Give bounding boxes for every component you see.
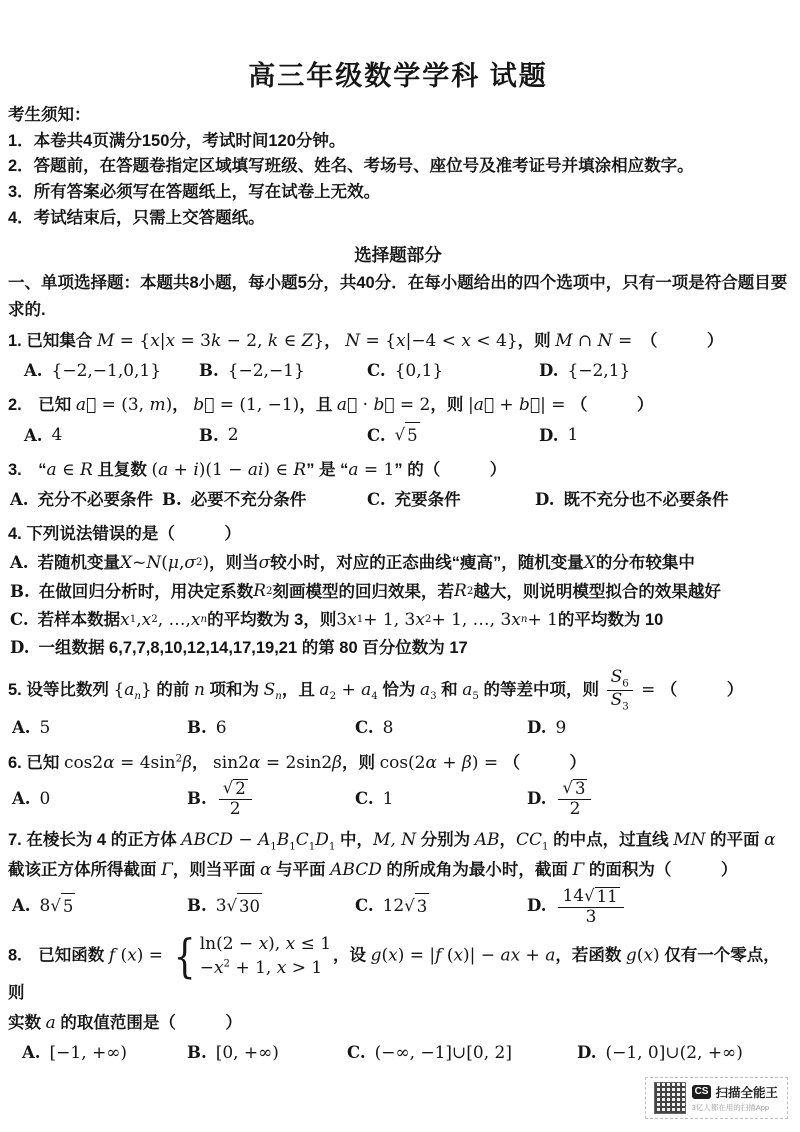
question-stem: 4. 下列说法错误的是（ ） bbox=[8, 520, 788, 548]
option-label: B. bbox=[187, 715, 207, 742]
option-C: C.若样本数据 x1, x2, …, xn 的平均数为 3，则 3x1 + 1,… bbox=[10, 607, 788, 635]
option-A: A.充分不必要条件 bbox=[10, 487, 162, 514]
fraction: √32 bbox=[558, 779, 591, 820]
camscanner-logo-icon: CS bbox=[692, 1085, 712, 1099]
option-value: 1 bbox=[383, 786, 394, 814]
option-label: B. bbox=[199, 358, 219, 385]
question-stem-continued: 实数 a 的取值范围是（ ） bbox=[8, 1009, 788, 1038]
option-A: A.5 bbox=[12, 715, 187, 743]
notice-item: 4．考试结束后，只需上交答题纸。 bbox=[8, 206, 788, 232]
question-6: 6. 已知 cos2α = 4sin2β， sin2α = 2sin2β，则 c… bbox=[8, 749, 788, 820]
sqrt-radical: √11 bbox=[584, 887, 620, 907]
question-options: A.{−2,−1,0,1}B.{−2,−1}C.{0,1}D.{−2,1} bbox=[8, 358, 788, 386]
option-D: D.9 bbox=[527, 715, 788, 743]
option-C: C.√5 bbox=[367, 422, 539, 450]
question-4: 4. 下列说法错误的是（ ）A.若随机变量 X ~ N(μ, σ2)，则当 σ … bbox=[8, 520, 788, 662]
sqrt-radical: √3 bbox=[562, 779, 587, 799]
option-D: D.1 bbox=[539, 422, 788, 450]
question-options: A.8√5B.3√30C.12√3D.14√113 bbox=[8, 887, 788, 928]
fraction: 14√113 bbox=[558, 887, 623, 928]
notice-item: 3．所有答案必须写在答题纸上，写在试卷上无效。 bbox=[8, 180, 788, 206]
section-intro: 一、单项选择题：本题共8小题，每小题5分，共40分．在每小题给出的四个选项中，只… bbox=[8, 270, 788, 323]
notice-list: 1．本卷共4页满分150分，考试时间120分钟。2．答题前，在答题卷指定区域填写… bbox=[8, 129, 788, 233]
sqrt-radical: √5 bbox=[50, 893, 75, 921]
sqrt-radical: √30 bbox=[227, 893, 263, 921]
option-value: 充分不必要条件 bbox=[38, 487, 154, 514]
option-value: 12√3 bbox=[383, 893, 430, 921]
question-options: A.5B.6C.8D.9 bbox=[8, 715, 788, 743]
option-label: A. bbox=[10, 550, 29, 577]
watermark-tagline: 3亿人都在用的扫描App bbox=[692, 1102, 778, 1113]
option-label: D. bbox=[539, 423, 558, 450]
option-value: 充要条件 bbox=[395, 487, 461, 514]
option-label: C. bbox=[10, 607, 29, 634]
option-A: A.8√5 bbox=[12, 893, 187, 921]
left-brace: { bbox=[174, 934, 196, 978]
option-value: 9 bbox=[555, 715, 566, 743]
option-value: {0,1} bbox=[395, 358, 444, 386]
watermark-brand: 扫描全能王 bbox=[715, 1083, 778, 1101]
option-label: B. bbox=[187, 786, 207, 813]
option-value: √32 bbox=[555, 779, 594, 820]
question-2: 2. 已知 a⃗ = (3, m)， b⃗ = (1, −1)，且 a⃗ · b… bbox=[8, 391, 788, 450]
question-options: A.4B.2C.√5D.1 bbox=[8, 422, 788, 450]
option-value: 8 bbox=[383, 715, 394, 743]
option-label: C. bbox=[347, 1040, 366, 1067]
option-value: 既不充分也不必要条件 bbox=[563, 487, 728, 514]
option-D: D.√32 bbox=[527, 779, 788, 820]
option-label: A. bbox=[24, 423, 43, 450]
option-C: C.12√3 bbox=[355, 893, 527, 921]
question-3: 3. “a ∈ R 且复数 (a + i)(1 − ai) ∈ R” 是 “a … bbox=[8, 456, 788, 514]
option-label: A. bbox=[24, 358, 43, 385]
option-D: D.一组数据 6,7,7,8,10,12,14,17,19,21 的第 80 百… bbox=[10, 635, 788, 662]
option-value: 1 bbox=[567, 422, 578, 450]
option-label: D. bbox=[10, 635, 29, 662]
option-value: 14√113 bbox=[555, 887, 626, 928]
option-A: A.若随机变量 X ~ N(μ, σ2)，则当 σ 较小时，对应的正态曲线“瘦高… bbox=[10, 550, 788, 578]
option-value: 3√30 bbox=[216, 893, 262, 921]
qr-code-icon bbox=[655, 1083, 685, 1113]
option-C: C.{0,1} bbox=[367, 358, 539, 386]
section-header: 选择题部分 bbox=[8, 242, 788, 267]
fraction: S6S3 bbox=[607, 668, 633, 713]
option-D: D.14√113 bbox=[527, 887, 788, 928]
option-label: A. bbox=[22, 1040, 41, 1067]
option-value: 8√5 bbox=[40, 893, 76, 921]
option-value: 若随机变量 X ~ N(μ, σ2)，则当 σ 较小时，对应的正态曲线“瘦高”，… bbox=[38, 550, 695, 578]
option-label: D. bbox=[539, 358, 558, 385]
option-value: 一组数据 6,7,7,8,10,12,14,17,19,21 的第 80 百分位… bbox=[38, 635, 467, 662]
question-stem: 7. 在棱长为 4 的正方体 ABCD − A1B1C1D1 中，M, N 分别… bbox=[8, 826, 788, 885]
option-value: 若样本数据 x1, x2, …, xn 的平均数为 3，则 3x1 + 1, 3… bbox=[38, 607, 664, 635]
option-label: C. bbox=[355, 786, 374, 813]
question-options: A.充分不必要条件B.必要不充分条件C.充要条件D.既不充分也不必要条件 bbox=[8, 487, 788, 514]
option-label: B. bbox=[187, 1040, 207, 1067]
option-B: B.在做回归分析时，用决定系数 R2 刻画模型的回归效果，若 R2 越大，则说明… bbox=[10, 578, 788, 606]
question-options: A.[−1, +∞)B.[0, +∞)C.(−∞, −1]∪[0, 2]D.(−… bbox=[8, 1040, 788, 1068]
option-label: B. bbox=[10, 579, 30, 606]
option-C: C.(−∞, −1]∪[0, 2] bbox=[347, 1040, 577, 1068]
option-A: A.0 bbox=[12, 786, 187, 814]
question-options: A.若随机变量 X ~ N(μ, σ2)，则当 σ 较小时，对应的正态曲线“瘦高… bbox=[8, 550, 788, 662]
option-D: D.既不充分也不必要条件 bbox=[535, 487, 788, 514]
watermark-text: CS 扫描全能王 3亿人都在用的扫描App bbox=[692, 1083, 778, 1113]
notice-item: 1．本卷共4页满分150分，考试时间120分钟。 bbox=[8, 129, 788, 155]
option-label: B. bbox=[199, 423, 219, 450]
option-label: C. bbox=[367, 423, 386, 450]
option-label: C. bbox=[367, 358, 386, 385]
option-label: D. bbox=[535, 487, 554, 514]
option-label: A. bbox=[12, 893, 31, 920]
option-label: C. bbox=[355, 893, 374, 920]
option-label: A. bbox=[12, 715, 31, 742]
questions-container: 1. 已知集合 M = {x|x = 3k − 2, k ∈ Z}， N = {… bbox=[8, 327, 788, 1068]
option-label: A. bbox=[12, 786, 31, 813]
option-value: 必要不充分条件 bbox=[191, 487, 307, 514]
question-stem: 8. 已知函数 f (x) = {ln(2 − x), x ≤ 1−x2 + 1… bbox=[8, 933, 788, 1007]
sqrt-radical: √3 bbox=[404, 893, 429, 921]
piecewise-cases: {ln(2 − x), x ≤ 1−x2 + 1, x > 1 bbox=[170, 933, 331, 979]
option-value: (−1, 0]∪(2, +∞) bbox=[605, 1040, 742, 1068]
option-label: A. bbox=[10, 487, 29, 514]
question-stem: 6. 已知 cos2α = 4sin2β， sin2α = 2sin2β，则 c… bbox=[8, 749, 788, 778]
option-label: D. bbox=[527, 893, 546, 920]
option-B: B.3√30 bbox=[187, 893, 355, 921]
option-label: C. bbox=[355, 715, 374, 742]
question-stem: 1. 已知集合 M = {x|x = 3k − 2, k ∈ Z}， N = {… bbox=[8, 327, 788, 356]
question-stem: 5. 设等比数列 {an} 的前 n 项和为 Sn，且 a2 + a4 恰为 a… bbox=[8, 668, 788, 713]
option-label: B. bbox=[162, 487, 182, 514]
option-label: D. bbox=[527, 715, 546, 742]
option-value: [0, +∞) bbox=[216, 1040, 279, 1068]
option-B: B.6 bbox=[187, 715, 355, 743]
option-B: B.必要不充分条件 bbox=[162, 487, 367, 514]
fraction: √22 bbox=[219, 779, 252, 820]
option-A: A.[−1, +∞) bbox=[22, 1040, 187, 1068]
sqrt-radical: √2 bbox=[223, 779, 248, 799]
option-B: B.√22 bbox=[187, 779, 355, 820]
option-A: A.4 bbox=[24, 422, 199, 450]
notice-heading: 考生须知： bbox=[8, 103, 788, 129]
question-7: 7. 在棱长为 4 的正方体 ABCD − A1B1C1D1 中，M, N 分别… bbox=[8, 826, 788, 927]
option-D: D.{−2,1} bbox=[539, 358, 788, 386]
question-5: 5. 设等比数列 {an} 的前 n 项和为 Sn，且 a2 + a4 恰为 a… bbox=[8, 668, 788, 743]
option-value: 0 bbox=[40, 786, 51, 814]
option-D: D.(−1, 0]∪(2, +∞) bbox=[577, 1040, 788, 1068]
option-B: B.2 bbox=[199, 422, 367, 450]
question-8: 8. 已知函数 f (x) = {ln(2 − x), x ≤ 1−x2 + 1… bbox=[8, 933, 788, 1067]
option-value: 2 bbox=[228, 422, 239, 450]
question-options: A.0B.√22C.1D.√32 bbox=[8, 779, 788, 820]
option-value: [−1, +∞) bbox=[50, 1040, 127, 1068]
question-stem: 2. 已知 a⃗ = (3, m)， b⃗ = (1, −1)，且 a⃗ · b… bbox=[8, 391, 788, 420]
option-value: {−2,−1,0,1} bbox=[52, 358, 162, 386]
option-value: 在做回归分析时，用决定系数 R2 刻画模型的回归效果，若 R2 越大，则说明模型… bbox=[39, 578, 721, 606]
option-value: 4 bbox=[52, 422, 63, 450]
page-title: 高三年级数学学科 试题 bbox=[8, 0, 788, 103]
option-value: 6 bbox=[216, 715, 227, 743]
option-value: {−2,1} bbox=[567, 358, 630, 386]
option-value: √5 bbox=[395, 422, 420, 450]
option-value: (−∞, −1]∪[0, 2] bbox=[375, 1040, 512, 1068]
option-label: D. bbox=[577, 1040, 596, 1067]
camscanner-watermark: CS 扫描全能王 3亿人都在用的扫描App bbox=[645, 1077, 788, 1119]
option-B: B.[0, +∞) bbox=[187, 1040, 347, 1068]
option-C: C.1 bbox=[355, 786, 527, 814]
question-stem: 3. “a ∈ R 且复数 (a + i)(1 − ai) ∈ R” 是 “a … bbox=[8, 456, 788, 485]
option-value: √22 bbox=[216, 779, 255, 820]
option-C: C.8 bbox=[355, 715, 527, 743]
option-value: 5 bbox=[40, 715, 51, 743]
option-label: B. bbox=[187, 893, 207, 920]
notice-item: 2．答题前，在答题卷指定区域填写班级、姓名、考场号、座位号及准考证号并填涂相应数… bbox=[8, 154, 788, 180]
question-1: 1. 已知集合 M = {x|x = 3k − 2, k ∈ Z}， N = {… bbox=[8, 327, 788, 385]
option-C: C.充要条件 bbox=[367, 487, 535, 514]
exam-page: 高三年级数学学科 试题 考生须知： 1．本卷共4页满分150分，考试时间120分… bbox=[0, 0, 800, 1132]
option-value: {−2,−1} bbox=[228, 358, 305, 386]
option-B: B.{−2,−1} bbox=[199, 358, 367, 386]
option-label: D. bbox=[527, 786, 546, 813]
option-label: C. bbox=[367, 487, 386, 514]
option-A: A.{−2,−1,0,1} bbox=[24, 358, 199, 386]
notice-section: 考生须知： 1．本卷共4页满分150分，考试时间120分钟。2．答题前，在答题卷… bbox=[8, 103, 788, 232]
sqrt-radical: √5 bbox=[395, 422, 420, 450]
